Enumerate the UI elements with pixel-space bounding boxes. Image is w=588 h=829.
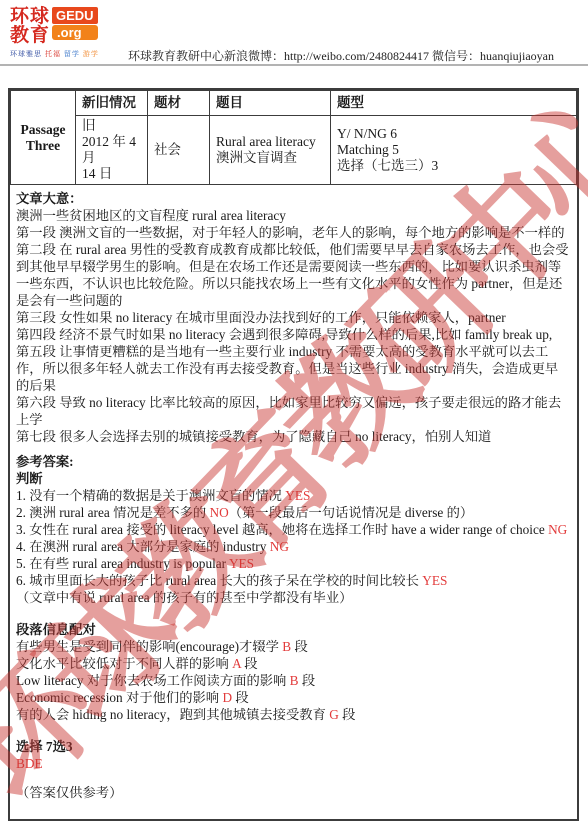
answer-value: B (282, 639, 291, 654)
judgement-item: 1. 没有一个精确的数据是关于澳洲文盲的情况 YES (16, 487, 571, 504)
logo-badges: GEDU .org (52, 7, 98, 40)
summary-paragraph-4: 第四段 经济不景气时如果 no literacy 会遇到很多障碍,导致什么样的后… (16, 326, 571, 343)
matching-suffix: 段 (299, 673, 316, 688)
judgement-text: 2. 澳洲 rural area 情况是差不多的 (16, 505, 210, 520)
judgement-note: （文章中有说 rural area 的孩子有的甚至中学都没有毕业） (16, 589, 571, 606)
col-header-types: 题型 (331, 91, 577, 116)
judgement-text: 4. 在澳洲 rural area 大部分是家庭的 industry (16, 539, 270, 554)
choice-heading: 选择 7选3 (16, 738, 571, 755)
matching-suffix: 段 (339, 707, 356, 722)
matching-suffix: 段 (291, 639, 308, 654)
table-header-row: Passage Three 新旧情况 题材 题目 题型 (11, 91, 577, 116)
tagline-item: 环球雅思 (10, 51, 42, 58)
matching-item: Low literacy 对于你去农场工作阅读方面的影响 B 段 (16, 672, 571, 689)
answer-value: NG (270, 539, 289, 554)
answer-value: YES (285, 488, 310, 503)
summary-paragraph-5: 第五段 让事情更糟糕的是当地有一些主要行业 industry 不需要太高的受教育… (16, 343, 571, 394)
logo-row: 环球 教育 GEDU .org (10, 7, 128, 45)
matching-suffix: 段 (241, 656, 258, 671)
matching-item: 文化水平比较低对于不同人群的影响 A 段 (16, 655, 571, 672)
answers-heading: 参考答案: (16, 453, 571, 470)
tagline-item: 留学 (64, 51, 80, 58)
matching-text: Economic recession 对于他们的影响 (16, 690, 222, 705)
matching-heading: 段落信息配对 (16, 621, 571, 638)
summary-paragraph-6: 第六段 导致 no literacy 比率比较高的原因，比如家里比较穷又偏远，孩… (16, 394, 571, 428)
answers-disclaimer: （答案仅供参考） (16, 784, 571, 801)
topic-cell: 社会 (148, 116, 210, 185)
matching-text: 有的人会 hiding no literacy，跑到其他城镇去接受教育 (16, 707, 329, 722)
choice-answer: BDE (16, 755, 571, 772)
matching-suffix: 段 (232, 690, 249, 705)
answer-value: NG (548, 522, 567, 537)
matching-item: Economic recession 对于他们的影响 D 段 (16, 689, 571, 706)
logo-line2: 教育 (10, 26, 50, 45)
col-header-status: 新旧情况 (76, 91, 148, 116)
table-value-row: 旧 2012 年 4 月 14 日 社会 Rural area literacy… (11, 116, 577, 185)
logo-badge-org: .org (52, 25, 98, 40)
summary-paragraph-1: 第一段 澳洲文盲的一些数据，对于年轻人的影响，老年人的影响，每个地方的影响是不一… (16, 224, 571, 241)
judgement-item: 4. 在澳洲 rural area 大部分是家庭的 industry NG (16, 538, 571, 555)
summary-paragraph-7: 第七段 很多人会选择去别的城镇接受教育，为了隐藏自己 no literacy，怕… (16, 428, 571, 445)
matching-text: Low literacy 对于你去农场工作阅读方面的影响 (16, 673, 290, 688)
judgement-item: 6. 城市里面长大的孩子比 rural area 长大的孩子呆在学校的时间比较长… (16, 572, 571, 589)
answer-value: NO (210, 505, 229, 520)
content-box: Passage Three 新旧情况 题材 题目 题型 旧 2012 年 4 月… (8, 88, 579, 821)
matching-text: 有些男生是受到同伴的影响(encourage)才辍学 (16, 639, 282, 654)
status-cell: 旧 2012 年 4 月 14 日 (76, 116, 148, 185)
summary-heading: 文章大意： (16, 190, 571, 207)
judgement-heading: 判断 (16, 470, 571, 487)
answer-value: D (222, 690, 232, 705)
gedu-logo: 环球 教育 GEDU .org 环球雅思 托福 留学 游学 (10, 7, 128, 59)
matching-text: 文化水平比较低对于不同人群的影响 (16, 656, 232, 671)
answer-value: B (290, 673, 299, 688)
matching-item: 有的人会 hiding no literacy，跑到其他城镇去接受教育 G 段 (16, 706, 571, 723)
col-header-title: 题目 (210, 91, 331, 116)
logo-line1: 环球 (10, 7, 50, 26)
header-divider (0, 64, 588, 66)
section-gap (16, 723, 571, 738)
logo-badge-gedu: GEDU (52, 7, 98, 24)
judgement-item: 5. 在有些 rural area industry is popular YE… (16, 555, 571, 572)
answer-value: YES (229, 556, 254, 571)
passage-info-table: Passage Three 新旧情况 题材 题目 题型 旧 2012 年 4 月… (10, 90, 577, 185)
logo-chinese-text: 环球 教育 (10, 7, 50, 45)
section-gap (16, 772, 571, 784)
judgement-item: 2. 澳洲 rural area 情况是差不多的 NO（第一段最后一句话说情况是… (16, 504, 571, 521)
col-header-topic: 题材 (148, 91, 210, 116)
body-text: 文章大意： 澳洲一些贫困地区的文盲程度 rural area literacy … (10, 185, 577, 801)
judgement-text: 1. 没有一个精确的数据是关于澳洲文盲的情况 (16, 488, 285, 503)
summary-paragraph-2: 第二段 在 rural area 男性的受教育成教育成都比较低，他们需要早早去自… (16, 241, 571, 309)
section-gap (16, 606, 571, 621)
summary-paragraph-3: 第三段 女性如果 no literacy 在城市里面没办法找到好的工作，只能依赖… (16, 309, 571, 326)
passage-label-cell: Passage Three (11, 91, 76, 185)
answer-value: G (329, 707, 339, 722)
judgement-item: 3. 女性在 rural area 接受的 literacy level 越高，… (16, 521, 571, 538)
weibo-contact-line: 环球教育教研中心新浪微博：http://weibo.com/2480824417… (128, 47, 554, 64)
judgement-suffix: （第一段最后一句话说情况是 diverse 的） (229, 505, 474, 520)
logo-tagline: 环球雅思 托福 留学 游学 (10, 49, 128, 59)
tagline-item: 游学 (83, 51, 99, 58)
judgement-text: 5. 在有些 rural area industry is popular (16, 556, 229, 571)
matching-item: 有些男生是受到同伴的影响(encourage)才辍学 B 段 (16, 638, 571, 655)
summary-intro: 澳洲一些贫困地区的文盲程度 rural area literacy (16, 207, 571, 224)
answer-value: A (232, 656, 241, 671)
judgement-text: 6. 城市里面长大的孩子比 rural area 长大的孩子呆在学校的时间比较长 (16, 573, 422, 588)
section-gap (16, 445, 571, 453)
judgement-text: 3. 女性在 rural area 接受的 literacy level 越高，… (16, 522, 548, 537)
answer-value: YES (422, 573, 447, 588)
title-cell: Rural area literacy 澳洲文盲调查 (210, 116, 331, 185)
tagline-item: 托福 (45, 51, 61, 58)
question-types-cell: Y/ N/NG 6 Matching 5 选择（七选三）3 (331, 116, 577, 185)
